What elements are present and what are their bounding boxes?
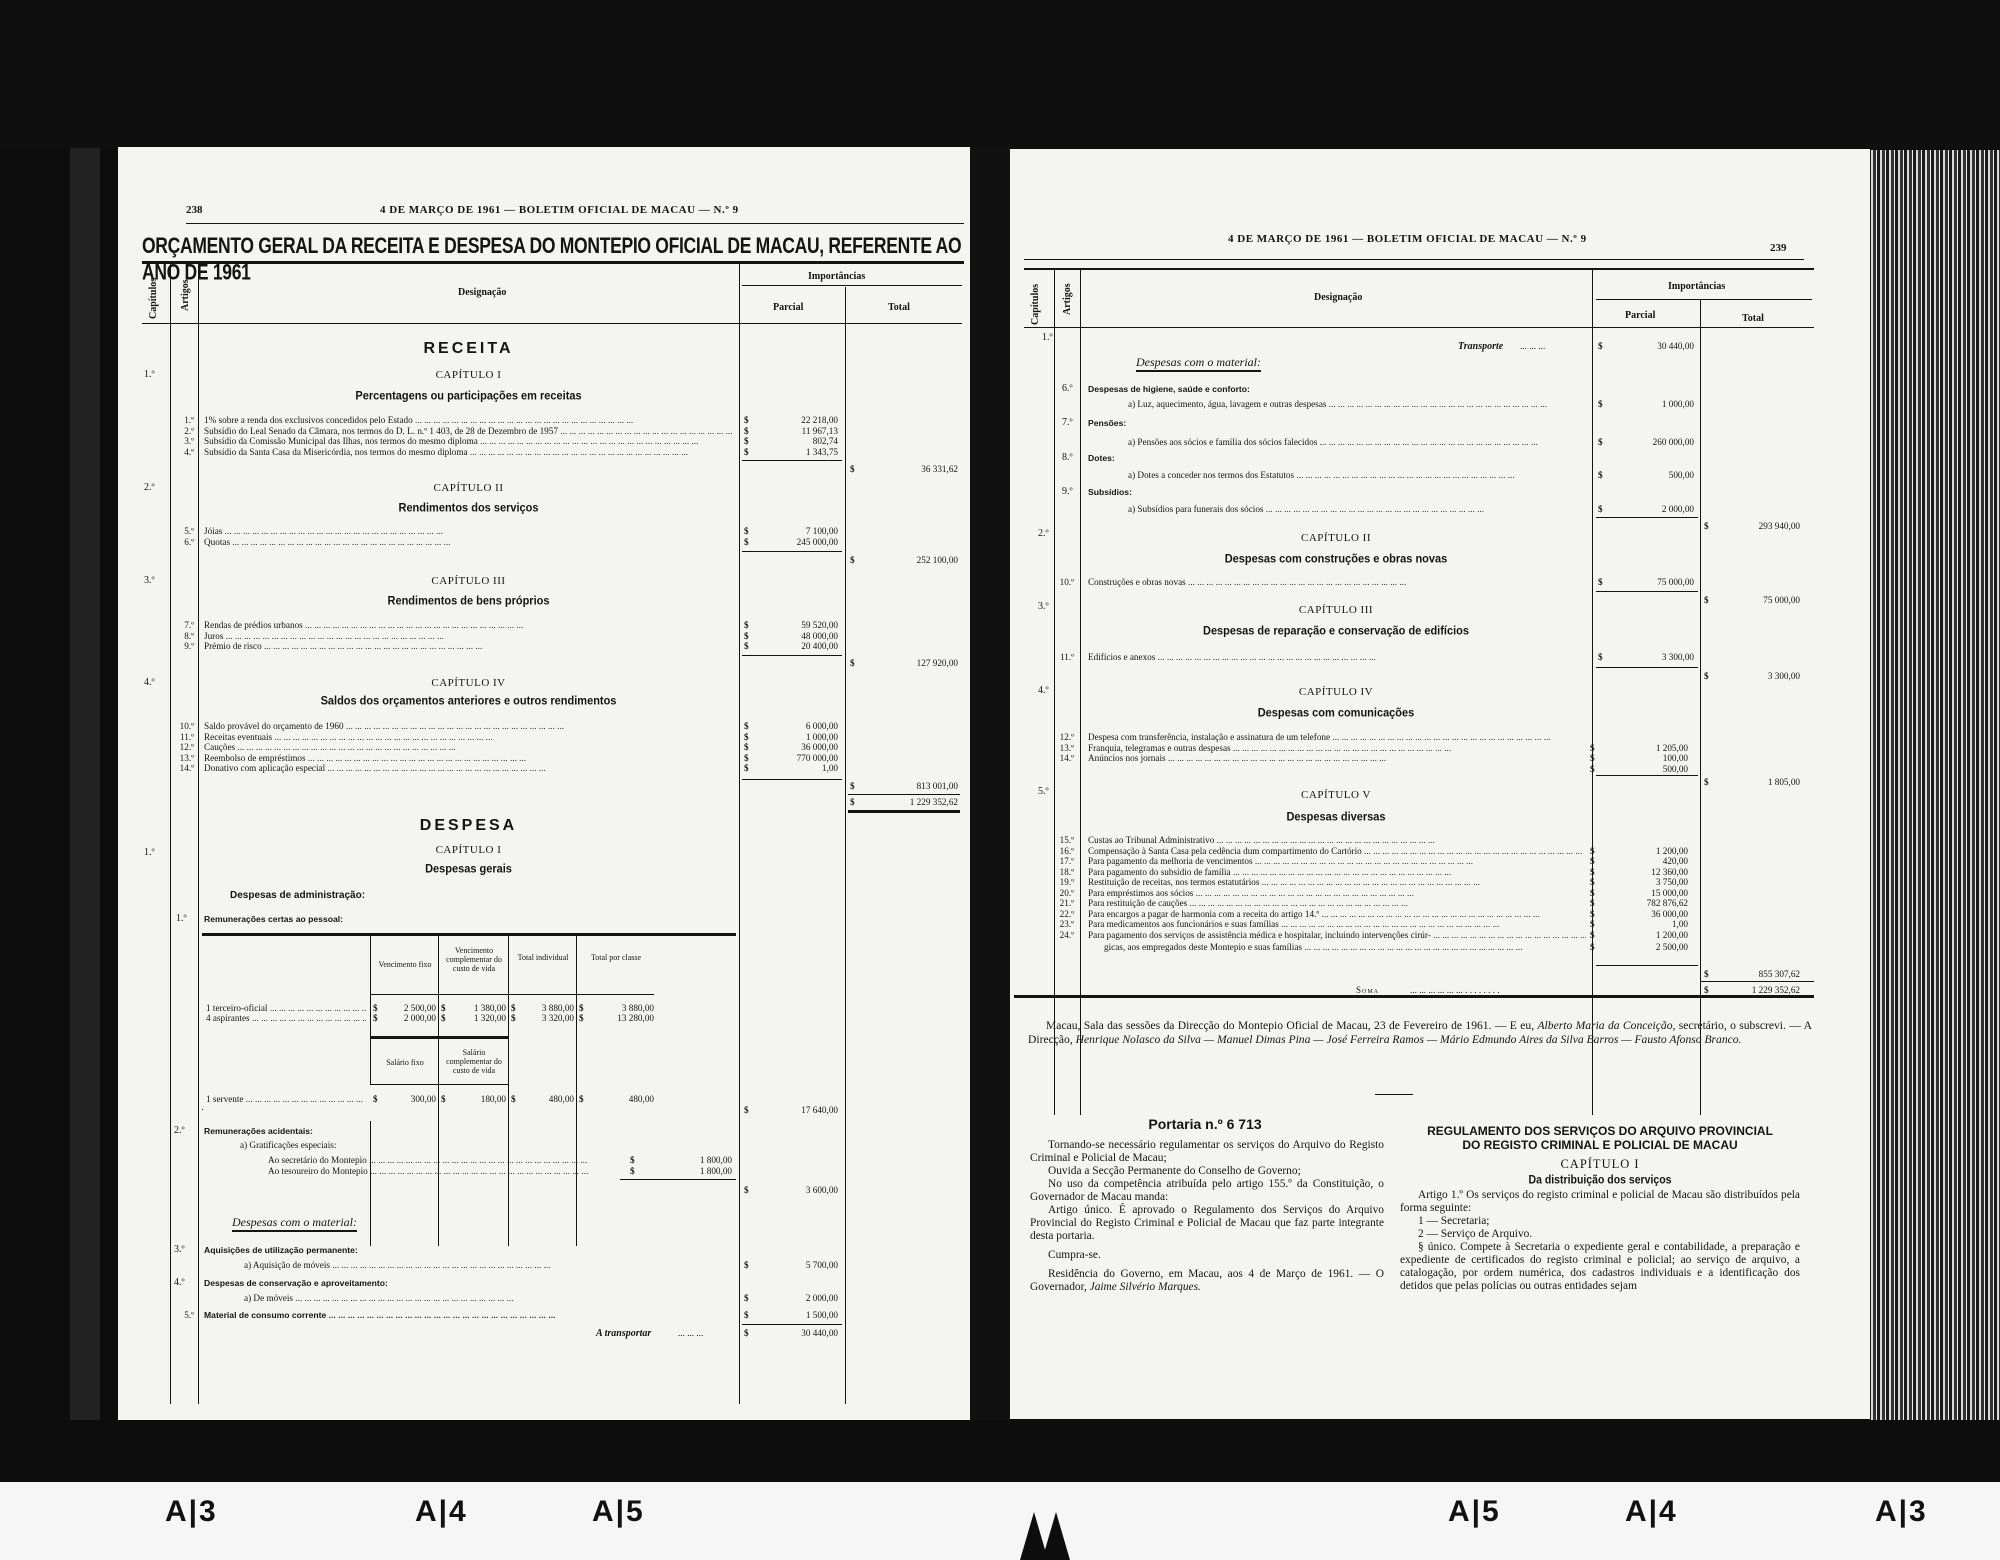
article-number: 3.º [174,1244,185,1255]
table-row: 19.ºRestituição de receitas, nos termos … [1010,877,1870,888]
transport-value: 30 440,00 [758,1328,838,1339]
table-row: 23.ºPara medicamentos aos funcionários e… [1010,919,1870,930]
film-mark: A|3 [165,1495,218,1529]
chapter-number: 1.º [1042,332,1053,343]
material-heading: Despesas com o material: [232,1215,357,1232]
page-stack-edge [1868,150,2000,1440]
salary-table: Vencimento fixo Vencimento complementar … [202,936,736,1246]
table-row: 15.ºCustas ao Tribunal Administrativo [1010,835,1870,846]
transport-label: Transporte [1458,341,1503,352]
chapter-title: Despesas com comunicações [1080,706,1592,719]
closing-paragraph: Macau, Sala das sessões da Direcção do M… [1028,1019,1812,1047]
table-row: 13.ºFranquia, telegramas e outras despes… [1010,743,1870,754]
table-row: 11.ºReceitas eventuais$1 000,00 [118,732,970,743]
header-salario-fixo: Salário fixo [372,1058,438,1067]
chapter-title: Despesas gerais [198,862,739,875]
art1-title: Remunerações certas ao pessoal: [204,914,343,924]
col-capitulos: Capítulos [148,278,159,319]
right-page: 4 DE MARÇO DE 1961 — BOLETIM OFICIAL DE … [1010,149,1870,1419]
article-number: 6.º [1062,383,1073,394]
running-head: 4 DE MARÇO DE 1961 — BOLETIM OFICIAL DE … [380,204,739,216]
col-artigos: Artigos [1062,283,1073,315]
table-row: a) De móveis$2 000,00 [118,1293,970,1304]
table-row: 10.ºSaldo provável do orçamento de 1960$… [118,721,970,732]
regulamento-chapter-title: Da distribuição dos serviços [1400,1173,1800,1186]
chapter-title: Saldos dos orçamentos anteriores e outro… [198,694,739,707]
table-row: a) Dotes a conceder nos termos dos Estat… [1010,470,1870,481]
art1-parcial: 17 640,00 [758,1105,838,1116]
chapter-label: CAPÍTULO III [198,575,739,587]
material-item-title: Despesas de conservação e aproveitamento… [204,1278,388,1288]
despesa-heading: DESPESA [198,817,739,835]
article-number: 8.º [1062,452,1073,463]
soma-value: 1 229 352,62 [1714,985,1800,996]
table-row: 1.º1% sobre a renda dos exclusivos conce… [118,415,970,426]
film-notch-right [1042,1512,1070,1560]
col-designacao: Designação [458,287,506,298]
chapter-number: 1.º [144,369,155,380]
header-salario-complementar: Salário complementar do custo de vida [440,1048,508,1075]
art2-rows: Ao secretário do Montepio$1 800,00 Ao te… [118,1155,970,1176]
chapter-total: 813 001,00 [858,781,958,792]
table-row: a) Subsídios para funerais dos sócios$2 … [1010,504,1870,515]
chapter-number: 5.º [1038,786,1049,797]
chapter-total: 3 300,00 [1714,671,1800,682]
regulamento-title: REGULAMENTO DOS SERVIÇOS DO ARQUIVO PROV… [1400,1124,1800,1152]
table-row: $500,00 [1010,764,1870,775]
table-row: a) Pensões aos sócios e família dos sóci… [1010,437,1870,448]
table-row: 21.ºPara restituição de cauções$782 876,… [1010,898,1870,909]
soma-label: Soma [1356,985,1379,995]
chapter-label: CAPÍTULO III [1080,604,1592,616]
table-row: a) Aquisição de móveis$5 700,00 [118,1260,970,1271]
chapter-total: 1 805,00 [1714,777,1800,788]
table-row: 7.ºRendas de prédios urbanos$59 520,00 [118,620,970,631]
header-vencimento-fixo: Vencimento fixo [372,960,438,969]
table-row: 4.ºSubsídio da Santa Casa da Misericórdi… [118,447,970,458]
table-row: 4 aspirantes $2 000,00 $1 320,00 $3 320,… [202,1013,736,1024]
receita-cap4-rows: 10.ºSaldo provável do orçamento de 1960$… [118,721,970,774]
table-row: 3.ºSubsídio da Comissão Municipal das Il… [118,436,970,447]
chapter-label: CAPÍTULO II [198,482,739,494]
chapter-title: Despesas de reparação e conservação de e… [1080,624,1592,637]
transport-value: 30 440,00 [1610,341,1694,352]
portaria-body: Tornando-se necessário regulamentar os s… [1030,1139,1384,1294]
chapter-title: Despesas com construções e obras novas [1080,552,1592,565]
table-row: 1 servente $300,00 $180,00 $480,00 $480,… [202,1094,736,1105]
receita-heading: RECEITA [198,340,739,358]
chapter-number: 4.º [144,677,155,688]
chapter-total: 293 940,00 [1714,521,1800,532]
art2-title: Remunerações acidentais: [204,1126,313,1136]
chapter-number: 3.º [1038,601,1049,612]
chapter-total: 36 331,62 [858,464,958,475]
table-row: 12.ºDespesa com transferência, instalaçã… [1010,732,1870,743]
page-number: 238 [186,204,203,216]
col-artigos: Artigos [180,279,191,311]
chapter-title: Despesas diversas [1080,810,1592,823]
article-number: 1.º [176,913,187,924]
chapter-label: CAPÍTULO IV [198,677,739,689]
film-mark: A|5 [1448,1495,1501,1529]
chapter-number: 1.º [144,847,155,858]
col-importancias: Importâncias [1668,281,1725,292]
col-parcial: Parcial [1625,310,1655,321]
chapter-label: CAPÍTULO I [198,369,739,381]
chapter-label: CAPÍTULO IV [1080,686,1592,698]
chapter-total: 252 100,00 [858,555,958,566]
table-row: 11.ºEdifícios e anexos$3 300,00 [1010,652,1870,663]
receita-cap2-rows: 5.ºJóias$7 100,00 6.ºQuotas$245 000,00 [118,526,970,547]
book-gutter [970,147,1010,1437]
article-number: 2.º [174,1125,185,1136]
chapter-total: 75 000,00 [1714,595,1800,606]
article-number: 9.º [1062,486,1073,497]
table-row: 9.ºPrémio de risco$20 400,00 [118,641,970,652]
film-strip [0,1482,2000,1560]
material-item-title: Subsídios: [1088,487,1132,497]
table-row: 13.ºReembolso de empréstimos$770 000,00 [118,753,970,764]
material-item-title: Aquisições de utilização permanente: [204,1245,358,1255]
receita-grand-total: 1 229 352,62 [858,797,958,808]
table-row: 5.ºMaterial de consumo corrente$1 500,00 [118,1310,970,1321]
chapter-total: 855 307,62 [1714,969,1800,980]
regulamento-chapter: CAPÍTULO I [1400,1157,1800,1172]
transport-label: A transportar [596,1328,651,1339]
table-row: 14.ºDonativo com aplicação especial$1,00 [118,763,970,774]
left-page: 238 4 DE MARÇO DE 1961 — BOLETIM OFICIAL… [118,147,970,1427]
table-row: 5.ºJóias$7 100,00 [118,526,970,537]
running-head: 4 DE MARÇO DE 1961 — BOLETIM OFICIAL DE … [1228,233,1587,245]
film-mark: A|5 [592,1495,645,1529]
scan-border-top [0,0,2000,148]
chapter-number: 3.º [144,575,155,586]
article-number: 7.º [1062,417,1073,428]
material-item-title: Dotes: [1088,453,1115,463]
film-mark: A|4 [415,1495,468,1529]
chapter-label: CAPÍTULO II [1080,532,1592,544]
col-total: Total [888,302,910,313]
table-row: Ao tesoureiro do Montepio$1 800,00 [118,1166,970,1177]
table-row: gicas, aos empregados deste Montepio e s… [1010,940,1870,954]
col-total: Total [1742,313,1764,324]
header-vencimento-complementar: Vencimento complementar do custo de vida [440,946,508,973]
chapter-title: Rendimentos dos serviços [198,501,739,514]
despesa-cap5-rows: 15.ºCustas ao Tribunal Administrativo 16… [1010,835,1870,954]
table-row: 1 terceiro-oficial $2 500,00 $1 380,00 $… [202,1003,736,1014]
table-row: 16.ºCompensação à Santa Casa pela cedênc… [1010,846,1870,857]
table-row: 17.ºPara pagamento da melhoria de vencim… [1010,856,1870,867]
art2-sub: a) Gratificações especiais: [240,1140,336,1151]
film-mark: A|3 [1875,1495,1928,1529]
film-mark: A|4 [1625,1495,1678,1529]
chapter-total: 127 920,00 [858,658,958,669]
portaria-title: Portaria n.º 6 713 [1030,1116,1380,1132]
table-row: a) Luz, aquecimento, água, lavagem e out… [1010,399,1870,410]
chapter-label: CAPÍTULO V [1080,789,1592,801]
receita-cap3-rows: 7.ºRendas de prédios urbanos$59 520,00 8… [118,620,970,652]
regulamento-body: Artigo 1.º Os serviços do registo crimin… [1400,1189,1800,1293]
col-importancias: Importâncias [808,271,865,282]
table-row: 24.ºPara pagamento dos serviços de assis… [1010,930,1870,941]
material-item-title: Despesas de higiene, saúde e conforto: [1088,384,1250,394]
material-heading: Despesas com o material: [1136,355,1261,372]
scan-border-bottom [0,1420,2000,1482]
table-row: 22.ºPara encargos a pagar de harmonia co… [1010,909,1870,920]
chapter-title: Percentagens ou participações em receita… [198,389,739,402]
table-row: 14.ºAnúncios nos jornais$100,00 [1010,753,1870,764]
chapter-title: Rendimentos de bens próprios [198,594,739,607]
chapter-number: 2.º [1038,528,1049,539]
material-item-title: Pensões: [1088,418,1126,428]
chapter-number: 2.º [144,482,155,493]
col-designacao: Designação [1314,292,1362,303]
art2-parcial: 3 600,00 [758,1185,838,1196]
col-capitulos: Capítulos [1030,284,1041,325]
chapter-label: CAPÍTULO I [198,844,739,856]
despesa-cap4-rows: 12.ºDespesa com transferência, instalaçã… [1010,732,1870,774]
scan-border-left [0,148,120,1438]
table-row: Ao secretário do Montepio$1 800,00 [118,1155,970,1166]
table-row: 2.ºSubsídio do Leal Senado da Câmara, no… [118,426,970,437]
table-row: 8.ºJuros$48 000,00 [118,631,970,642]
receita-cap1-rows: 1.º1% sobre a renda dos exclusivos conce… [118,415,970,457]
page-number: 239 [1770,242,1787,254]
table-row: 18.ºPara pagamento do subsídio de famíli… [1010,867,1870,878]
header-total-individual: Total individual [510,953,576,962]
admin-heading: Despesas de administração: [230,890,365,901]
article-number: 4.º [174,1277,185,1288]
col-parcial: Parcial [773,302,803,313]
table-row: 10.ºConstruções e obras novas$75 000,00 [1010,577,1870,588]
table-row: 6.ºQuotas$245 000,00 [118,537,970,548]
header-total-classe: Total por classe [578,953,654,962]
table-row: 12.ºCauções$36 000,00 [118,742,970,753]
chapter-number: 4.º [1038,685,1049,696]
table-row: 20.ºPara empréstimos aos sócios$15 000,0… [1010,888,1870,899]
